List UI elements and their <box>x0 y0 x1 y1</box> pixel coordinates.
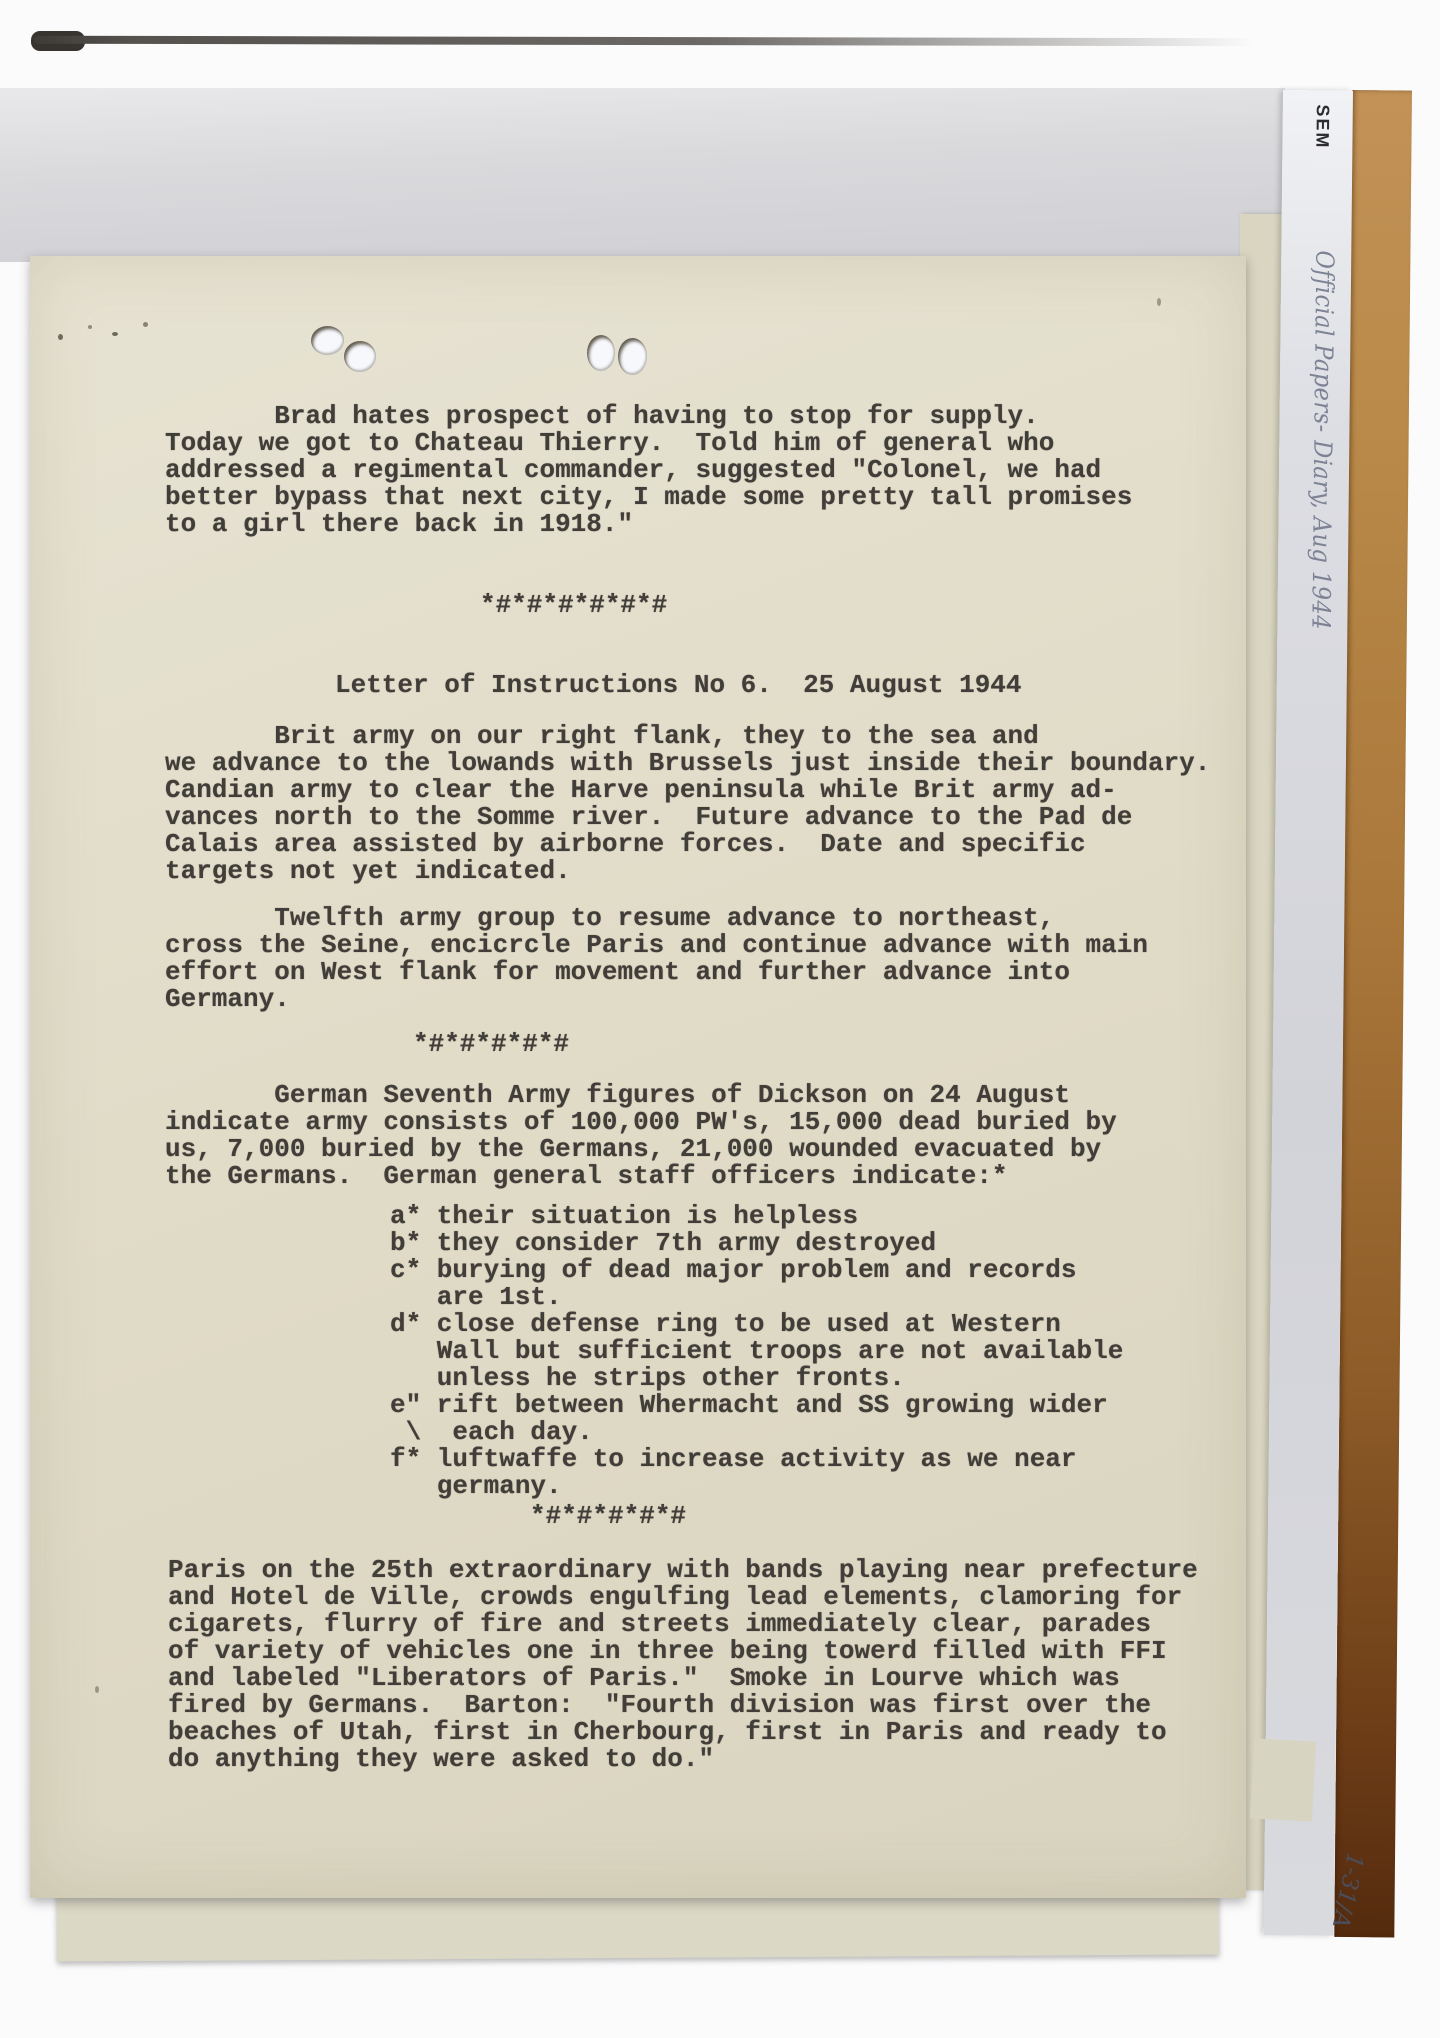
asterisk-separator: *#*#*#*#*#*# <box>480 592 667 619</box>
paper-speck <box>112 332 118 336</box>
paper-speck <box>1157 298 1161 306</box>
background-mat <box>0 88 1285 262</box>
punch-hole <box>344 341 376 372</box>
paragraph-brad-supply: Brad hates prospect of having to stop fo… <box>165 403 1132 538</box>
scan-shadow-line <box>34 36 1256 47</box>
paragraph-twelfth-army: Twelfth army group to resume advance to … <box>165 905 1148 1013</box>
punch-hole <box>311 326 344 355</box>
asterisk-separator: *#*#*#*#*# <box>413 1031 569 1058</box>
paper-speck <box>143 322 148 327</box>
paper-speck <box>88 325 92 329</box>
under-sheet-corner <box>1250 1738 1316 1821</box>
punch-hole <box>587 335 615 371</box>
staff-officer-points-list: a* their situation is helpless b* they c… <box>390 1203 1123 1500</box>
letter-page: Brad hates prospect of having to stop fo… <box>30 256 1246 1898</box>
margin-handwriting-label: Official Papers- Diary, Aug 1944 <box>1306 250 1339 630</box>
paragraph-brit-army: Brit army on our right flank, they to th… <box>165 723 1210 885</box>
paper-speck <box>58 334 63 340</box>
strip-stamp-text: SEM <box>1311 104 1332 149</box>
punch-hole <box>618 338 647 375</box>
letter-heading: Letter of Instructions No 6. 25 August 1… <box>335 672 1022 699</box>
paper-speck <box>95 1686 99 1693</box>
scan-canvas: SEM Official Papers- Diary, Aug 1944 1-3… <box>0 0 1440 2038</box>
asterisk-separator: *#*#*#*#*# <box>530 1503 686 1530</box>
paragraph-german-seventh: German Seventh Army figures of Dickson o… <box>165 1082 1117 1190</box>
paragraph-paris-liberation: Paris on the 25th extraordinary with ban… <box>168 1557 1198 1773</box>
